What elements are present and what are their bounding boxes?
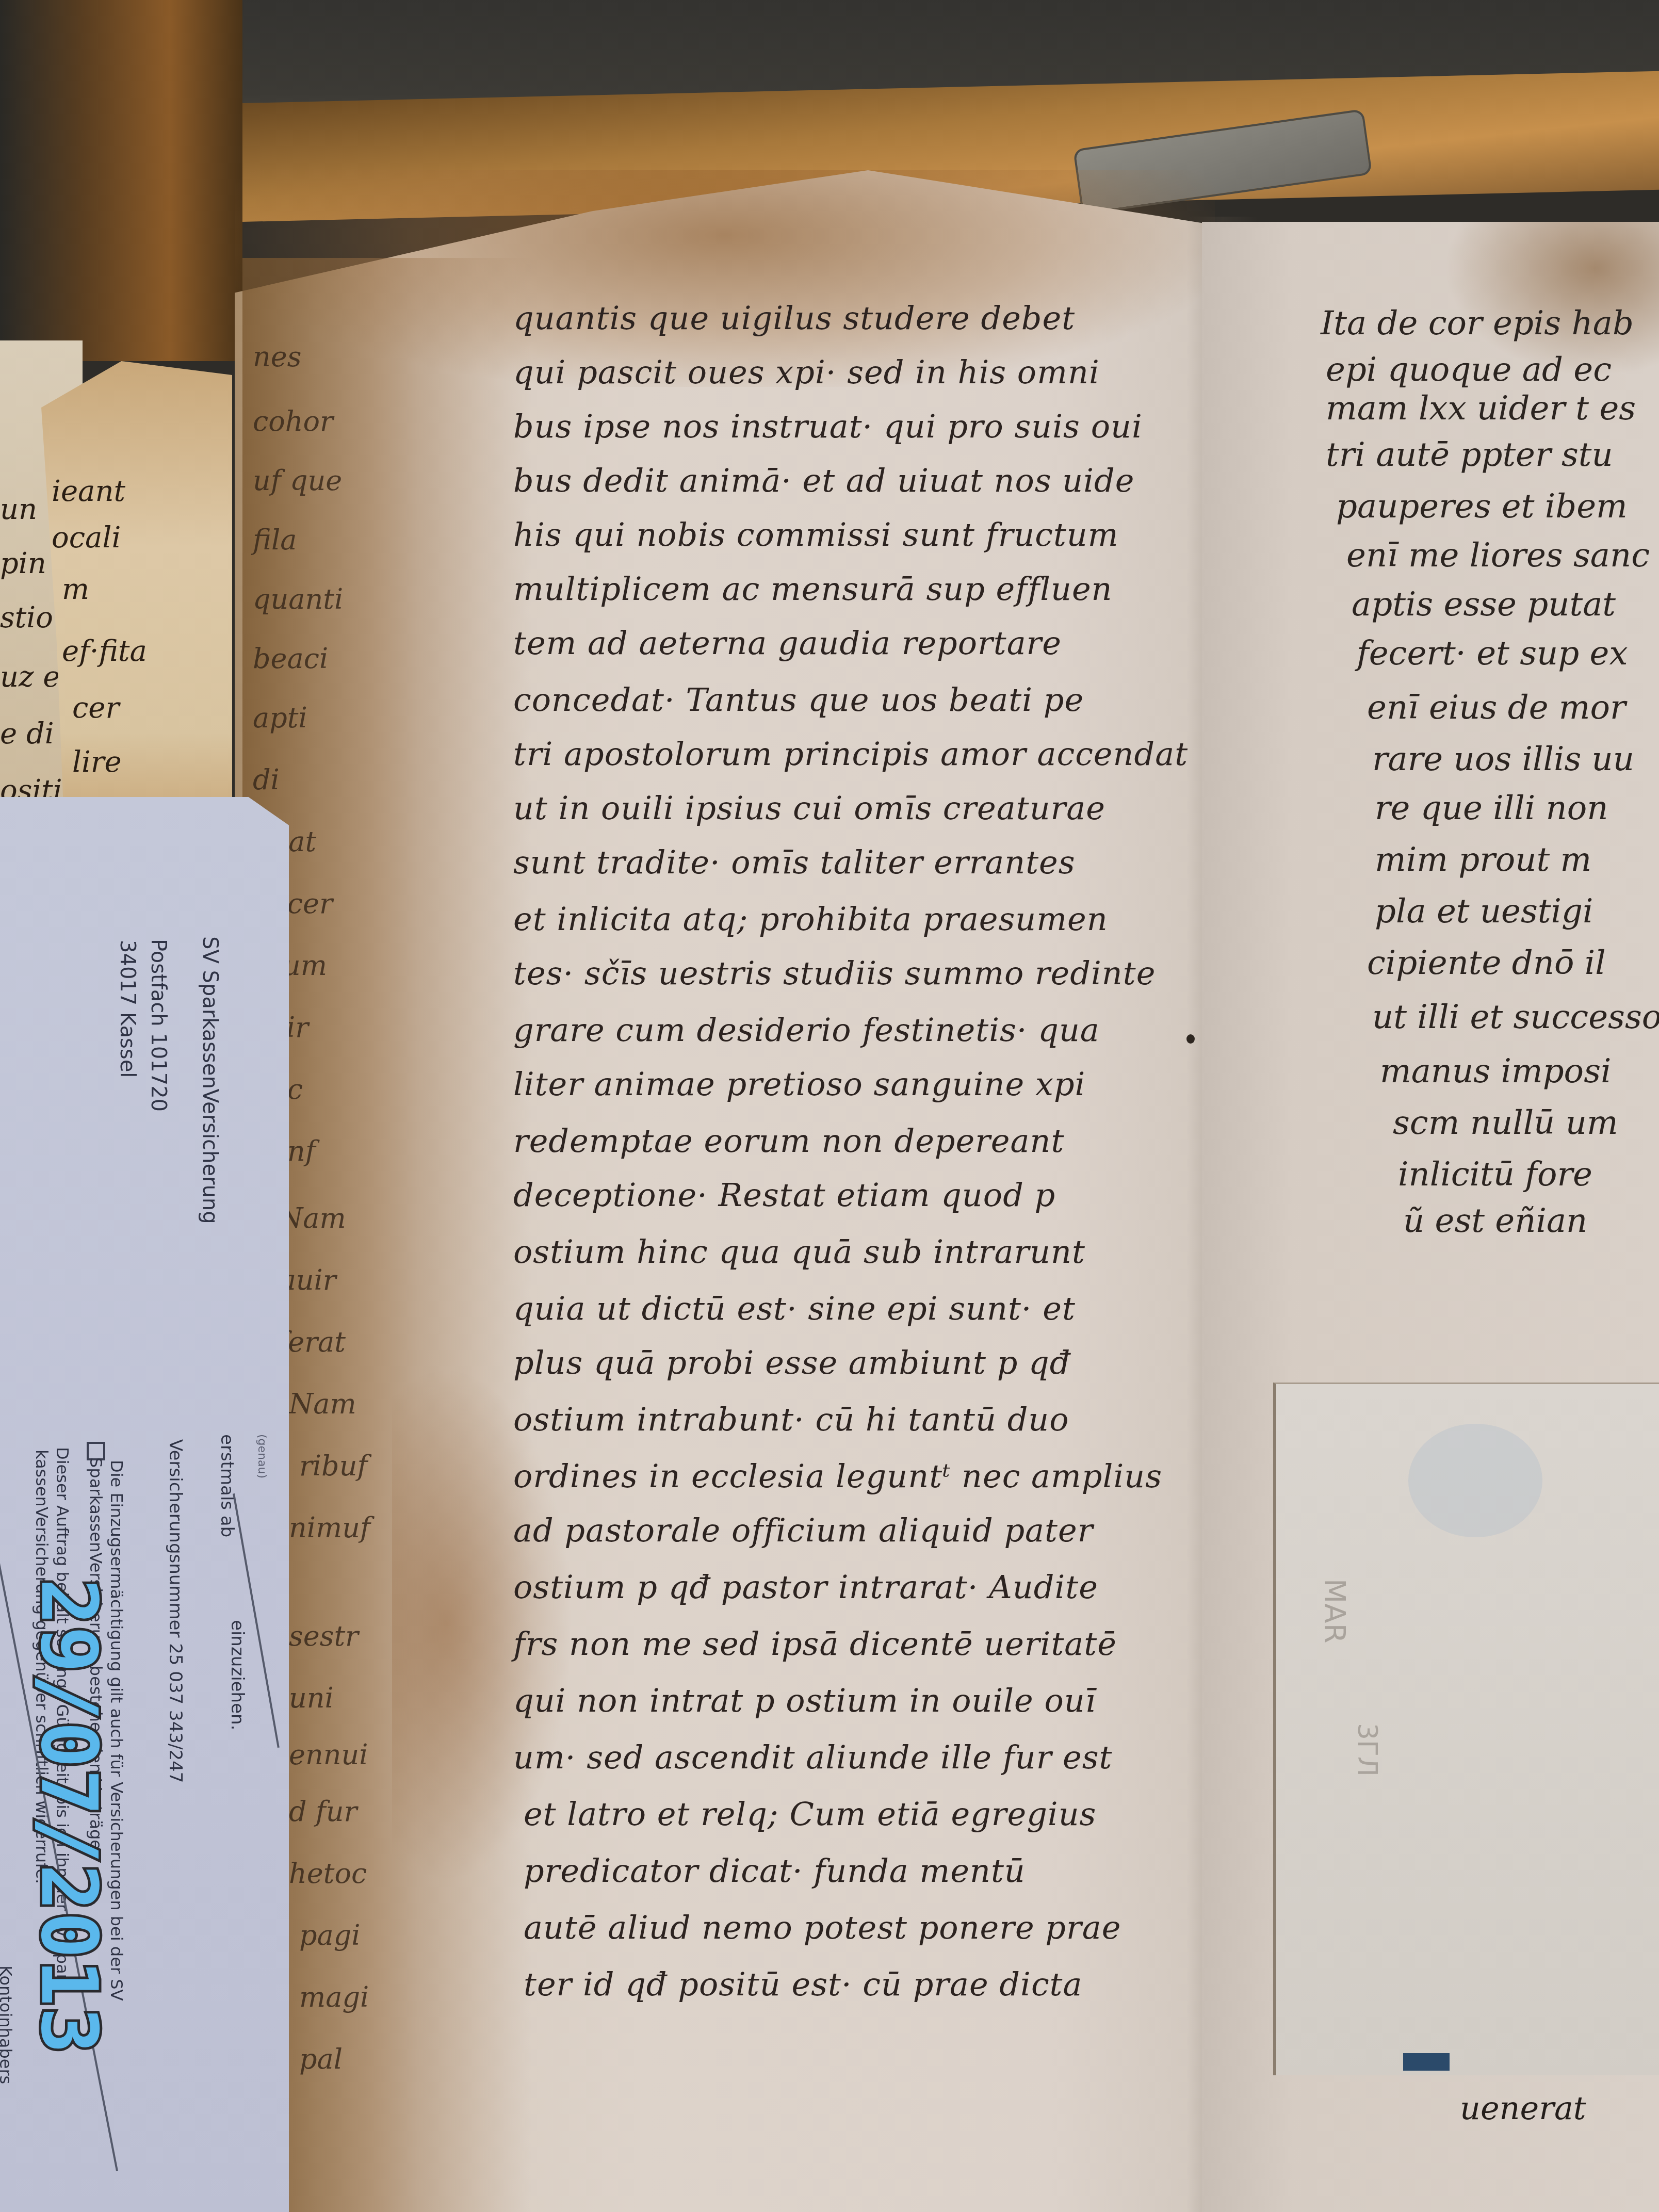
margin-word: magi [299, 1981, 369, 2013]
fragment-page-folded: ieant ocali m ef·fita cer lire [41, 361, 232, 825]
manuscript-line: bus ipse nos instruat· qui pro suis oui [513, 408, 1143, 445]
signature-label: Kontoinhabers [0, 1965, 15, 2084]
fragment-line: ef·fita [62, 635, 147, 668]
manuscript-line: pla et uestigi [1375, 892, 1593, 931]
manuscript-line: pauperes et ibem [1336, 487, 1628, 526]
margin-word: fila [253, 524, 297, 556]
manuscript-line: liter animae pretioso sanguine xpi [513, 1065, 1085, 1103]
fragment-line: cer [72, 691, 119, 725]
camera-date-stamp: 29/07/2013 [24, 1579, 113, 2055]
fragment-line: pin [0, 547, 46, 580]
manuscript-line: tri autē ppter stu [1326, 436, 1613, 474]
manuscript-line: cipiente dnō il [1367, 944, 1606, 982]
margin-word: nes [253, 340, 301, 373]
manuscript-line: tes· sčīs uestris studiis summo redinte [513, 954, 1156, 992]
manuscript-line: bus dedit animā· et ad uiuat nos uide [513, 462, 1134, 499]
fragment-line: un [0, 493, 37, 526]
blue-tab-marker [1403, 2053, 1450, 2071]
pencil-note: MAR [1318, 1579, 1352, 1644]
po-box: Postfach 101720 [147, 939, 170, 1112]
fragment-line: m [62, 573, 89, 606]
fragment-line: e di [0, 717, 54, 751]
manuscript-line: ter id qđ positū est· cū prae dicta [524, 1965, 1083, 2003]
manuscript-line: uenerat [1460, 2089, 1586, 2127]
margin-word: beaci [253, 642, 328, 675]
margin-word: ribuf [299, 1450, 367, 1482]
margin-word: cohor [253, 405, 333, 437]
manuscript-line: epi quoque ad ec [1326, 351, 1612, 389]
manuscript-line: ut in ouili ipsius cui omīs creaturae [513, 789, 1105, 827]
margin-word: ennui [289, 1738, 368, 1771]
manuscript-line: ostium intrabunt· cū hi tantū duo [513, 1401, 1069, 1438]
margin-word: di [253, 763, 280, 796]
manuscript-line: quia ut dictū est· sine epi sunt· et [513, 1290, 1076, 1327]
margin-word: uni [289, 1682, 334, 1714]
sewing-hole [1186, 1034, 1195, 1044]
fragment-line: ocali [52, 521, 121, 555]
manuscript-line: multiplicem ac mensurā sup effluen [513, 570, 1113, 608]
margin-word: nimuf [289, 1511, 370, 1544]
book-binding-left [0, 0, 242, 361]
manuscript-line: um· sed ascendit aliunde ille fur est [513, 1738, 1112, 1776]
manuscript-line: plus quā probi esse ambiunt p qđ [513, 1344, 1070, 1381]
manuscript-line: redemptae eorum non depereant [513, 1122, 1064, 1160]
manuscript-line: enī eius de mor [1367, 689, 1626, 727]
pencil-note: 3ГЛ [1352, 1723, 1382, 1777]
manuscript-line: ũ est eñian [1403, 1202, 1587, 1240]
manuscript-line: grare cum desiderio festinetis· qua [513, 1011, 1100, 1049]
company-name: SV SparkassenVersicherung [198, 936, 222, 1224]
manuscript-line: predicator dicat· funda mentū [524, 1852, 1026, 1890]
manuscript-line: ordines in ecclesia leguntᵗ nec amplius [513, 1457, 1162, 1495]
manuscript-line: mam lxx uider t es [1326, 389, 1636, 428]
manuscript-line: qui non intrat p ostium in ouile ouī [513, 1682, 1096, 1719]
collect-label: einzuziehen. [227, 1620, 248, 1730]
margin-word: hetoc [289, 1857, 367, 1890]
fragment-line: stio [0, 601, 53, 635]
manuscript-line: deceptione· Restat etiam quod p [513, 1176, 1055, 1214]
right-text-block: Ita de cor epis hab epi quoque ad ec mam… [1315, 289, 1659, 1398]
faint-stamp-mark [1408, 1424, 1542, 1537]
fragment-line: ieant [52, 475, 125, 508]
small-label: (genau) [255, 1434, 268, 1478]
manuscript-line: et latro et relq; Cum etiā egregius [524, 1795, 1096, 1833]
manuscript-line: Ita de cor epis hab [1321, 304, 1634, 343]
manuscript-line: scm nullū um [1393, 1104, 1618, 1142]
policy-number: Versicherungsnummer 25 037 343/247 [165, 1439, 186, 1783]
margin-word: d fur [289, 1795, 357, 1828]
manuscript-line: tem ad aeterna gaudia reportare [513, 624, 1062, 662]
fragment-line: lire [72, 745, 122, 779]
manuscript-line: ut illi et successo [1372, 998, 1659, 1036]
manuscript-line: autē aliud nemo potest ponere prae [524, 1909, 1121, 1946]
manuscript-line: re que illi non [1375, 789, 1608, 827]
manuscript-line: mim prout m [1375, 841, 1591, 879]
manuscript-line: tri apostolorum principis amor accendat [513, 735, 1188, 773]
margin-word: apti [253, 702, 307, 734]
manuscript-line: enī me liores sanc [1346, 536, 1650, 575]
manuscript-line: sunt tradite· omīs taliter errantes [513, 843, 1076, 881]
manuscript-line: fecert· et sup ex [1357, 635, 1628, 673]
first-from-label: erstmals ab [217, 1434, 237, 1537]
margin-word: uf que [253, 464, 342, 497]
margin-word: pal [299, 2043, 343, 2075]
manuscript-line: quantis que uigilus studere debet [513, 299, 1075, 337]
manuscript-line: qui pascit oues xpi· sed in his omni [513, 353, 1100, 391]
margin-word: sestr [289, 1620, 359, 1652]
margin-word: quanti [253, 583, 343, 615]
manuscript-line: manus imposi [1380, 1052, 1611, 1091]
manuscript-line: aptis esse putat [1352, 585, 1616, 624]
manuscript-line: frs non me sed ipsā dicentē ueritatē [513, 1625, 1117, 1663]
manuscript-line: ostium hinc qua quā sub intrarunt [513, 1233, 1085, 1271]
manuscript-line: ostium p qđ pastor intrarat· Audite [513, 1568, 1098, 1606]
manuscript-line: et inlicita atq; prohibita praesumen [513, 900, 1108, 938]
manuscript-line: concedat· Tantus que uos beati pe [513, 681, 1084, 719]
margin-word: pagi [299, 1919, 361, 1951]
manuscript-line: rare uos illis uu [1372, 740, 1634, 778]
sewing-holes [0, 0, 1, 1]
margin-word: Nam [289, 1388, 356, 1420]
postal-city: 34017 Kassel [116, 940, 139, 1078]
manuscript-line: ad pastorale officium aliquid pater [513, 1511, 1093, 1549]
manuscript-line: his qui nobis commissi sunt fructum [513, 516, 1119, 554]
manuscript-line: inlicitū fore [1398, 1156, 1592, 1194]
